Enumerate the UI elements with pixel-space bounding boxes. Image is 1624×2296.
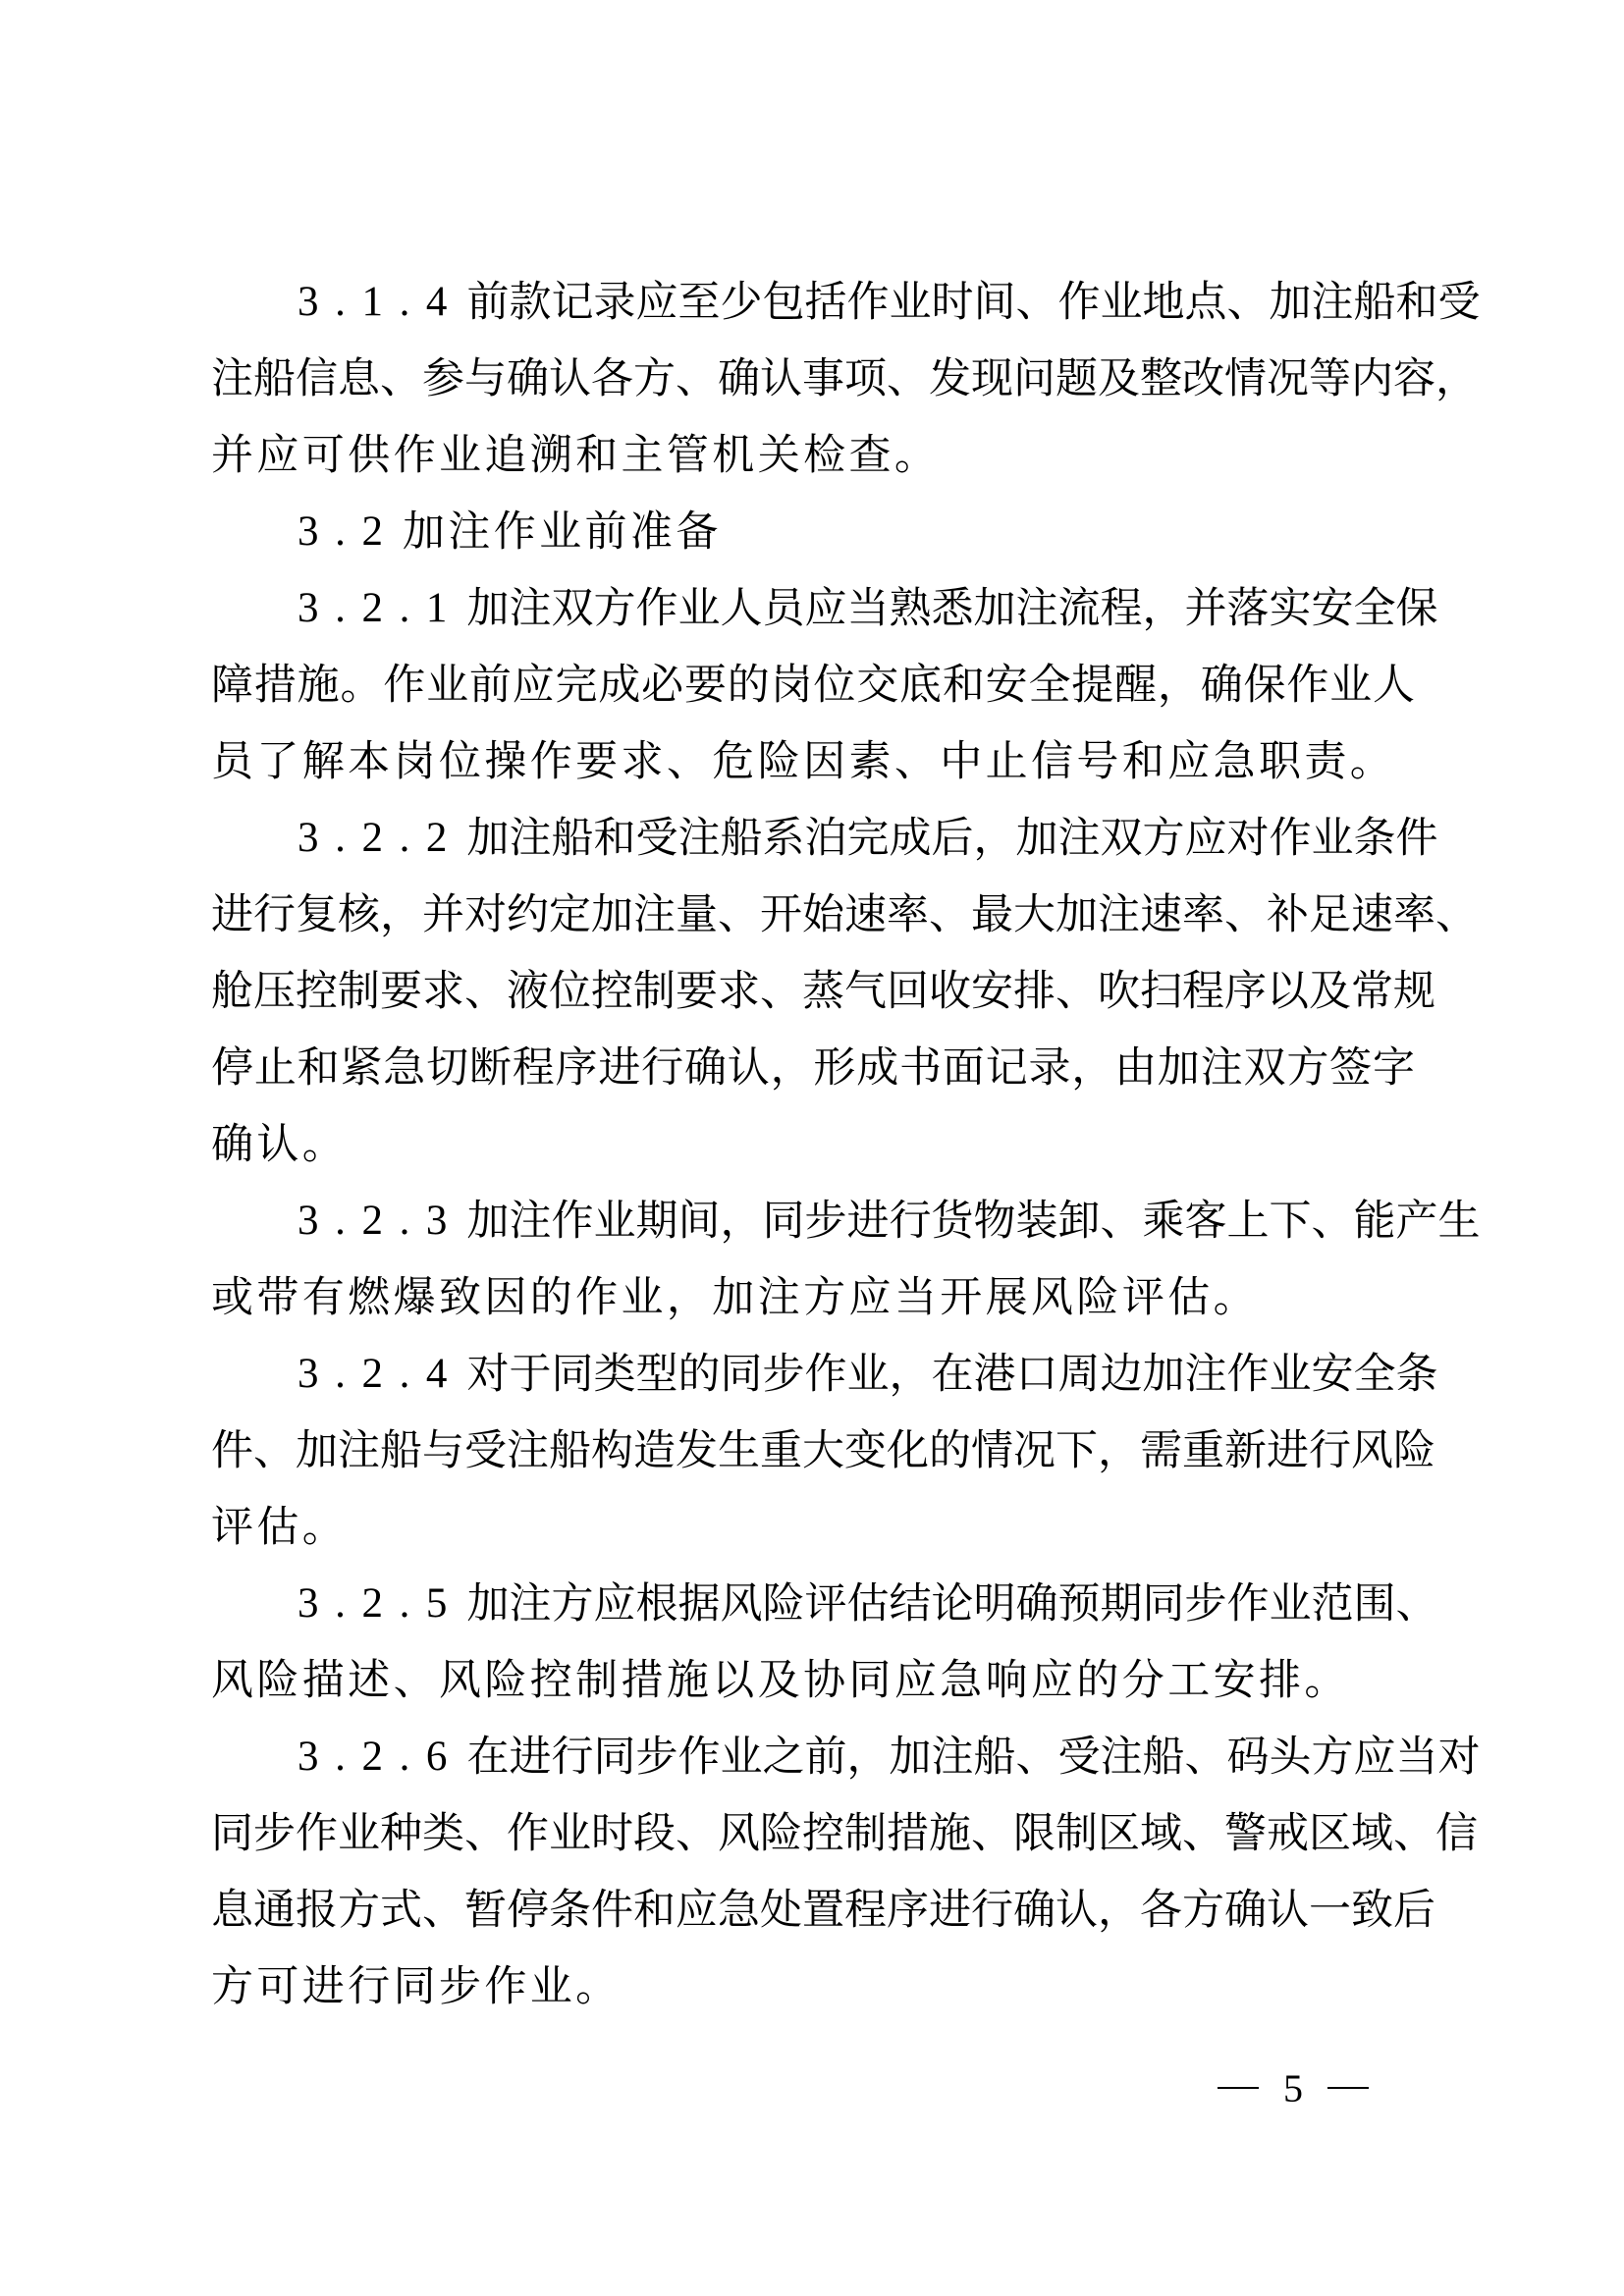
body-text: 3 . 1 . 4前款记录应至少包括作业时间、作业地点、加注船和受注船信息、参与… — [211, 264, 1415, 2025]
section-number: 3 . 2 . 3 — [298, 1183, 451, 1259]
section-line: 3 . 2 . 3加注作业期间，同步进行货物装卸、乘客上下、能产生 — [211, 1183, 1415, 1259]
text-line: 进行复核，并对约定加注量、开始速率、最大加注速率、补足速率、 — [211, 877, 1415, 953]
section-line: 3 . 1 . 4前款记录应至少包括作业时间、作业地点、加注船和受 — [211, 264, 1415, 341]
section-line: 3 . 2 . 1加注双方作业人员应当熟悉加注流程，并落实安全保 — [211, 570, 1415, 647]
text-line: 方可进行同步作业。 — [211, 1949, 1415, 2025]
text-line: 注船信息、参与确认各方、确认事项、发现问题及整改情况等内容， — [211, 341, 1415, 417]
section-number: 3 . 2 . 6 — [298, 1719, 451, 1795]
section-number: 3 . 2 . 5 — [298, 1566, 451, 1642]
document-page: 3 . 1 . 4前款记录应至少包括作业时间、作业地点、加注船和受注船信息、参与… — [0, 0, 1624, 2296]
text-line: 员了解本岗位操作要求、危险因素、中止信号和应急职责。 — [211, 723, 1415, 800]
section-line: 3 . 2 . 6在进行同步作业之前，加注船、受注船、码头方应当对 — [211, 1719, 1415, 1795]
section-line: 3 . 2 . 2加注船和受注船系泊完成后，加注双方应对作业条件 — [211, 800, 1415, 877]
text-line: 同步作业种类、作业时段、风险控制措施、限制区域、警戒区域、信 — [211, 1795, 1415, 1872]
page-number: 5 — [1218, 2065, 1369, 2110]
page-number-value: 5 — [1283, 2065, 1303, 2111]
text-line: 舱压控制要求、液位控制要求、蒸气回收安排、吹扫程序以及常规 — [211, 953, 1415, 1030]
text-line: 息通报方式、暂停条件和应急处置程序进行确认，各方确认一致后 — [211, 1872, 1415, 1949]
text-line: 并应可供作业追溯和主管机关检查。 — [211, 417, 1415, 494]
text-line: 或带有燃爆致因的作业，加注方应当开展风险评估。 — [211, 1259, 1415, 1336]
section-line: 3 . 2加注作业前准备 — [211, 494, 1415, 570]
section-line: 3 . 2 . 5加注方应根据风险评估结论明确预期同步作业范围、 — [211, 1566, 1415, 1642]
text-line: 风险描述、风险控制措施以及协同应急响应的分工安排。 — [211, 1642, 1415, 1719]
text-line: 确认。 — [211, 1106, 1415, 1183]
page-number-dash-right — [1327, 2087, 1369, 2089]
section-number: 3 . 2 . 1 — [298, 570, 451, 647]
text-line: 停止和紧急切断程序进行确认，形成书面记录，由加注双方签字 — [211, 1030, 1415, 1106]
text-line: 障措施。作业前应完成必要的岗位交底和安全提醒，确保作业人 — [211, 647, 1415, 723]
section-number: 3 . 2 — [298, 494, 387, 570]
page-number-dash-left — [1218, 2087, 1259, 2089]
section-number: 3 . 2 . 4 — [298, 1336, 451, 1413]
text-line: 件、加注船与受注船构造发生重大变化的情况下，需重新进行风险 — [211, 1413, 1415, 1489]
section-number: 3 . 1 . 4 — [298, 264, 451, 341]
section-line: 3 . 2 . 4对于同类型的同步作业，在港口周边加注作业安全条 — [211, 1336, 1415, 1413]
text-line: 评估。 — [211, 1489, 1415, 1566]
section-number: 3 . 2 . 2 — [298, 800, 451, 877]
